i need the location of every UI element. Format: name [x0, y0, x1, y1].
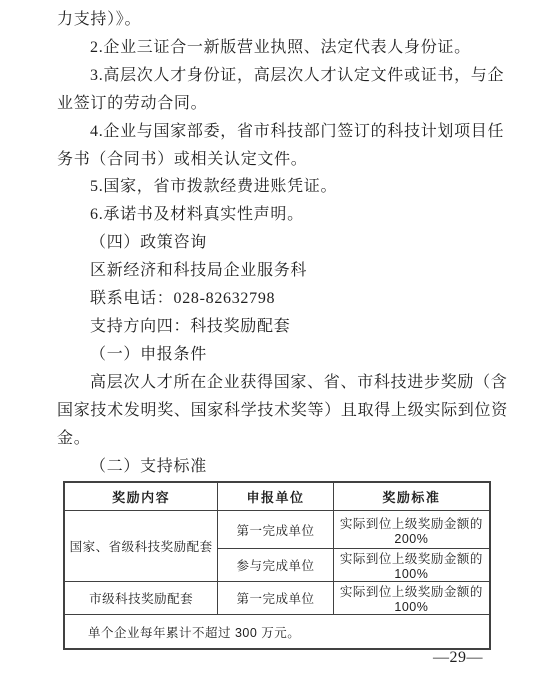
contact-phone-line: 联系电话：028-82632798: [57, 285, 509, 313]
text-line: 3.高层次人才身份证，高层次人才认定文件或证书，与企: [57, 62, 509, 90]
cell-reward-standard: 实际到位上级奖励金额的 100%: [333, 582, 490, 615]
text-line: 2.企业三证合一新版营业执照、法定代表人身份证。: [57, 34, 509, 62]
text-line: 金。: [57, 425, 509, 453]
document-page: 力支持）》。 2.企业三证合一新版营业执照、法定代表人身份证。 3.高层次人才身…: [0, 0, 533, 674]
text-line: 务书（合同书）或相关认定文件。: [57, 146, 509, 174]
table-footnote-row: 单个企业每年累计不超过 300 万元。: [64, 615, 490, 650]
text-line: 业签订的劳动合同。: [57, 90, 509, 118]
text-line: 国家技术发明奖、国家科学技术奖等）且取得上级实际到位资: [57, 397, 509, 425]
text-line: 6.承诺书及材料真实性声明。: [57, 201, 509, 229]
text-line: 区新经济和科技局企业服务科: [57, 257, 509, 285]
table-footnote: 单个企业每年累计不超过 300 万元。: [64, 615, 490, 650]
text-line: 4.企业与国家部委，省市科技部门签订的科技计划项目任: [57, 118, 509, 146]
cell-reward-standard: 实际到位上级奖励金额的 100%: [333, 549, 490, 582]
table-header-row: 奖励内容 申报单位 奖励标准: [64, 482, 490, 511]
text-line: 5.国家，省市拨款经费进账凭证。: [57, 173, 509, 201]
section-heading-application-conditions: （一）申报条件: [57, 341, 509, 369]
cell-reward-content: 市级科技奖励配套: [64, 582, 218, 615]
cell-reward-standard: 实际到位上级奖励金额的 200%: [333, 511, 490, 549]
text-line: 高层次人才所在企业获得国家、省、市科技进步奖励（含: [57, 369, 509, 397]
body-text: 力支持）》。 2.企业三证合一新版营业执照、法定代表人身份证。 3.高层次人才身…: [57, 6, 509, 480]
header-reward-standard: 奖励标准: [333, 482, 490, 511]
table-row: 市级科技奖励配套 第一完成单位 实际到位上级奖励金额的 100%: [64, 582, 490, 615]
section-heading-direction-four: 支持方向四：科技奖励配套: [57, 313, 509, 341]
cell-applicant-unit: 第一完成单位: [218, 511, 334, 549]
table-row: 国家、省级科技奖励配套 第一完成单位 实际到位上级奖励金额的 200%: [64, 511, 490, 549]
support-standard-table: 奖励内容 申报单位 奖励标准 国家、省级科技奖励配套 第一完成单位 实际到位上级…: [63, 481, 491, 650]
header-reward-content: 奖励内容: [64, 482, 218, 511]
cell-applicant-unit: 参与完成单位: [218, 549, 334, 582]
cell-applicant-unit: 第一完成单位: [218, 582, 334, 615]
page-number: —29—: [433, 649, 483, 667]
section-heading-support-standard: （二）支持标准: [57, 453, 509, 481]
cell-reward-content: 国家、省级科技奖励配套: [64, 511, 218, 582]
section-heading-policy-consult: （四）政策咨询: [57, 229, 509, 257]
header-applicant-unit: 申报单位: [218, 482, 334, 511]
text-line: 力支持）》。: [57, 6, 509, 34]
